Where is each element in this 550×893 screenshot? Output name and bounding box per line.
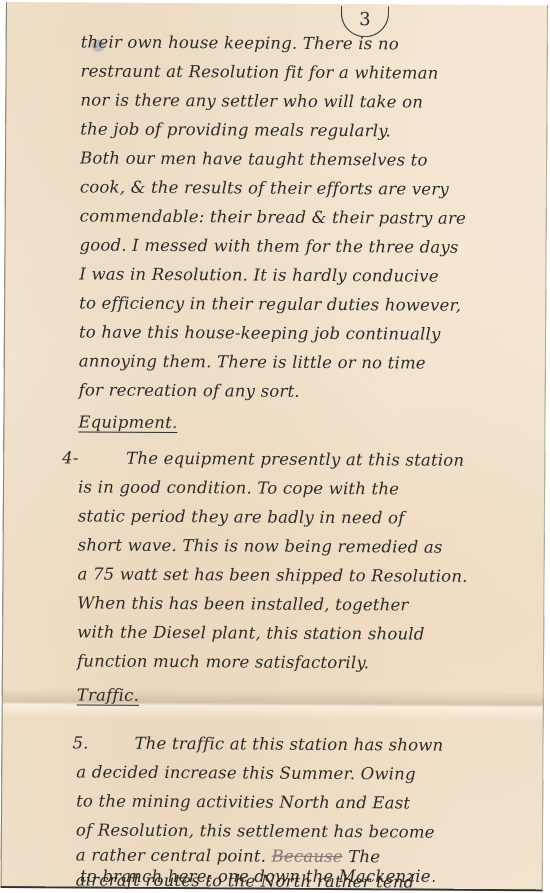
text-line: commendable: their bread & their pastry … (80, 206, 466, 227)
text-line: static period they are badly in need of (78, 506, 405, 527)
handwritten-letter-page: 3 their own house keeping. There is no r… (1, 2, 548, 889)
text-line: to have this house-keeping job continual… (79, 322, 441, 343)
text-line: good. I messed with them for the three d… (79, 235, 458, 256)
section-number: 4- (62, 448, 79, 467)
page-number: 3 (341, 6, 389, 37)
struck-out-word: Because (272, 847, 343, 866)
text-line: is in good condition. To cope with the (78, 477, 399, 498)
text-line: restraunt at Resolution fit for a whitem… (81, 61, 439, 82)
text-line: a 75 watt set has been shipped to Resolu… (77, 564, 467, 585)
text-line: cook, & the results of their efforts are… (80, 177, 449, 198)
text-line: short wave. This is now being remedied a… (78, 535, 443, 556)
text-line-with-strikeout: a rather central point. Because The (76, 845, 381, 866)
text-line: a decided increase this Summer. Owing (76, 762, 416, 783)
text-line: nor is there any settler who will take o… (80, 90, 423, 111)
section-number: 5. (72, 733, 88, 752)
text-line: I was in Resolution. It is hardly conduc… (79, 264, 438, 285)
text-line: the job of providing meals regularly. (80, 119, 391, 140)
text-fragment: The (343, 847, 381, 866)
text-line: to efficiency in their regular duties ho… (79, 293, 461, 314)
text-line: When this has been installed, together (77, 593, 408, 614)
section-heading-traffic: Traffic. (77, 685, 139, 704)
text-line: their own house keeping. There is no (81, 32, 399, 53)
text-line: The equipment presently at this station (126, 449, 464, 470)
text-line: function much more satisfactorily. (77, 651, 369, 672)
text-line: Both our men have taught themselves to (80, 148, 428, 169)
text-line: annoying them. There is little or no tim… (79, 351, 426, 372)
text-line: for recreation of any sort. (79, 380, 300, 400)
text-fragment: a rather central point. (76, 845, 272, 865)
text-line: The traffic at this station has shown (134, 734, 443, 755)
section-heading-equipment: Equipment. (78, 412, 177, 432)
text-line: of Resolution, this settlement has becom… (76, 820, 435, 841)
text-line: with the Diesel plant, this station shou… (77, 622, 425, 643)
text-line: to the mining activities North and East (76, 791, 410, 812)
